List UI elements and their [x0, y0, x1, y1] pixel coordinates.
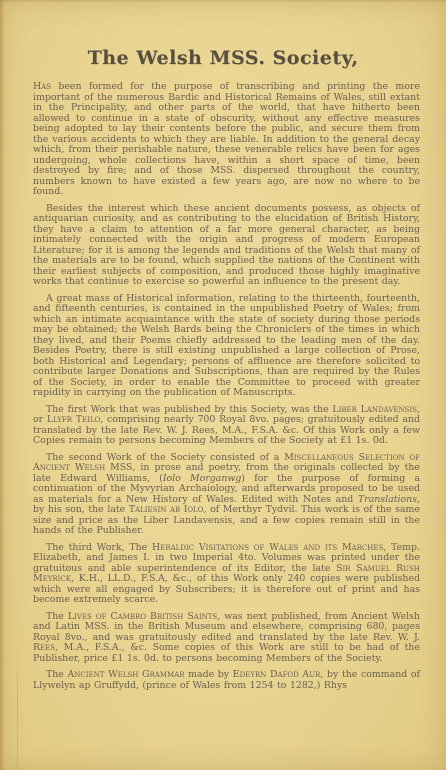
paragraph-4: The first Work that was published by thi…: [33, 405, 420, 447]
text-run: Llyfr Teilo: [47, 414, 100, 425]
page-paragraphs: Has been formed for the purpose of trans…: [0, 82, 446, 691]
text-run: Besides the interest which these ancient…: [33, 203, 420, 288]
text-run: The first Work that was published by thi…: [46, 404, 332, 415]
text-run: Heraldic Visitations of Wales and its Ma…: [152, 542, 383, 553]
text-run: The: [46, 669, 68, 680]
paragraph-8: The Ancient Welsh Grammar made by Edeyrn…: [33, 670, 420, 691]
text-run: The third Work, The: [46, 542, 152, 553]
text-run: been formed for the purpose of transcrib…: [33, 81, 420, 197]
text-run: The second Work of the Society consisted…: [46, 452, 284, 463]
text-run: Translations: [358, 494, 417, 505]
paragraph-1: Has been formed for the purpose of trans…: [33, 82, 420, 198]
text-run: Has: [33, 81, 51, 92]
text-run: A great mass of Historical information, …: [33, 293, 420, 399]
text-run: Liber Landavensis: [332, 404, 417, 415]
text-run: made by: [184, 669, 232, 680]
text-run: Edeyrn Dafod Aur: [233, 669, 321, 680]
page-top-shadow: [0, 0, 446, 3]
paragraph-6: The third Work, The Heraldic Visitations…: [33, 543, 420, 606]
text-run: Lives of Cambro British Saints: [68, 611, 217, 622]
paragraph-2: Besides the interest which these ancient…: [33, 204, 420, 288]
text-run: , K.H., LL.D., F.S.A, &c., of this Work …: [33, 573, 420, 605]
text-run: The: [46, 611, 68, 622]
paragraph-5: The second Work of the Society consisted…: [33, 453, 420, 537]
paragraph-7: The Lives of Cambro British Saints, was …: [33, 612, 420, 665]
paragraph-3: A great mass of Historical information, …: [33, 294, 420, 399]
text-run: , M.A., F.S.A., &c. Some copies of this …: [33, 642, 420, 664]
page-edge-shadow: [0, 0, 5, 770]
text-run: Iolo Morganwg: [163, 473, 242, 484]
text-run: Rees: [33, 642, 55, 653]
page-crease: [17, 652, 18, 770]
page-title: The Welsh MSS. Society,: [0, 0, 446, 82]
book-page: The Welsh MSS. Society, Has been formed …: [0, 0, 446, 770]
text-run: Ancient Welsh Grammar: [68, 669, 185, 680]
text-run: Taliesin ab Iolo: [129, 504, 204, 515]
